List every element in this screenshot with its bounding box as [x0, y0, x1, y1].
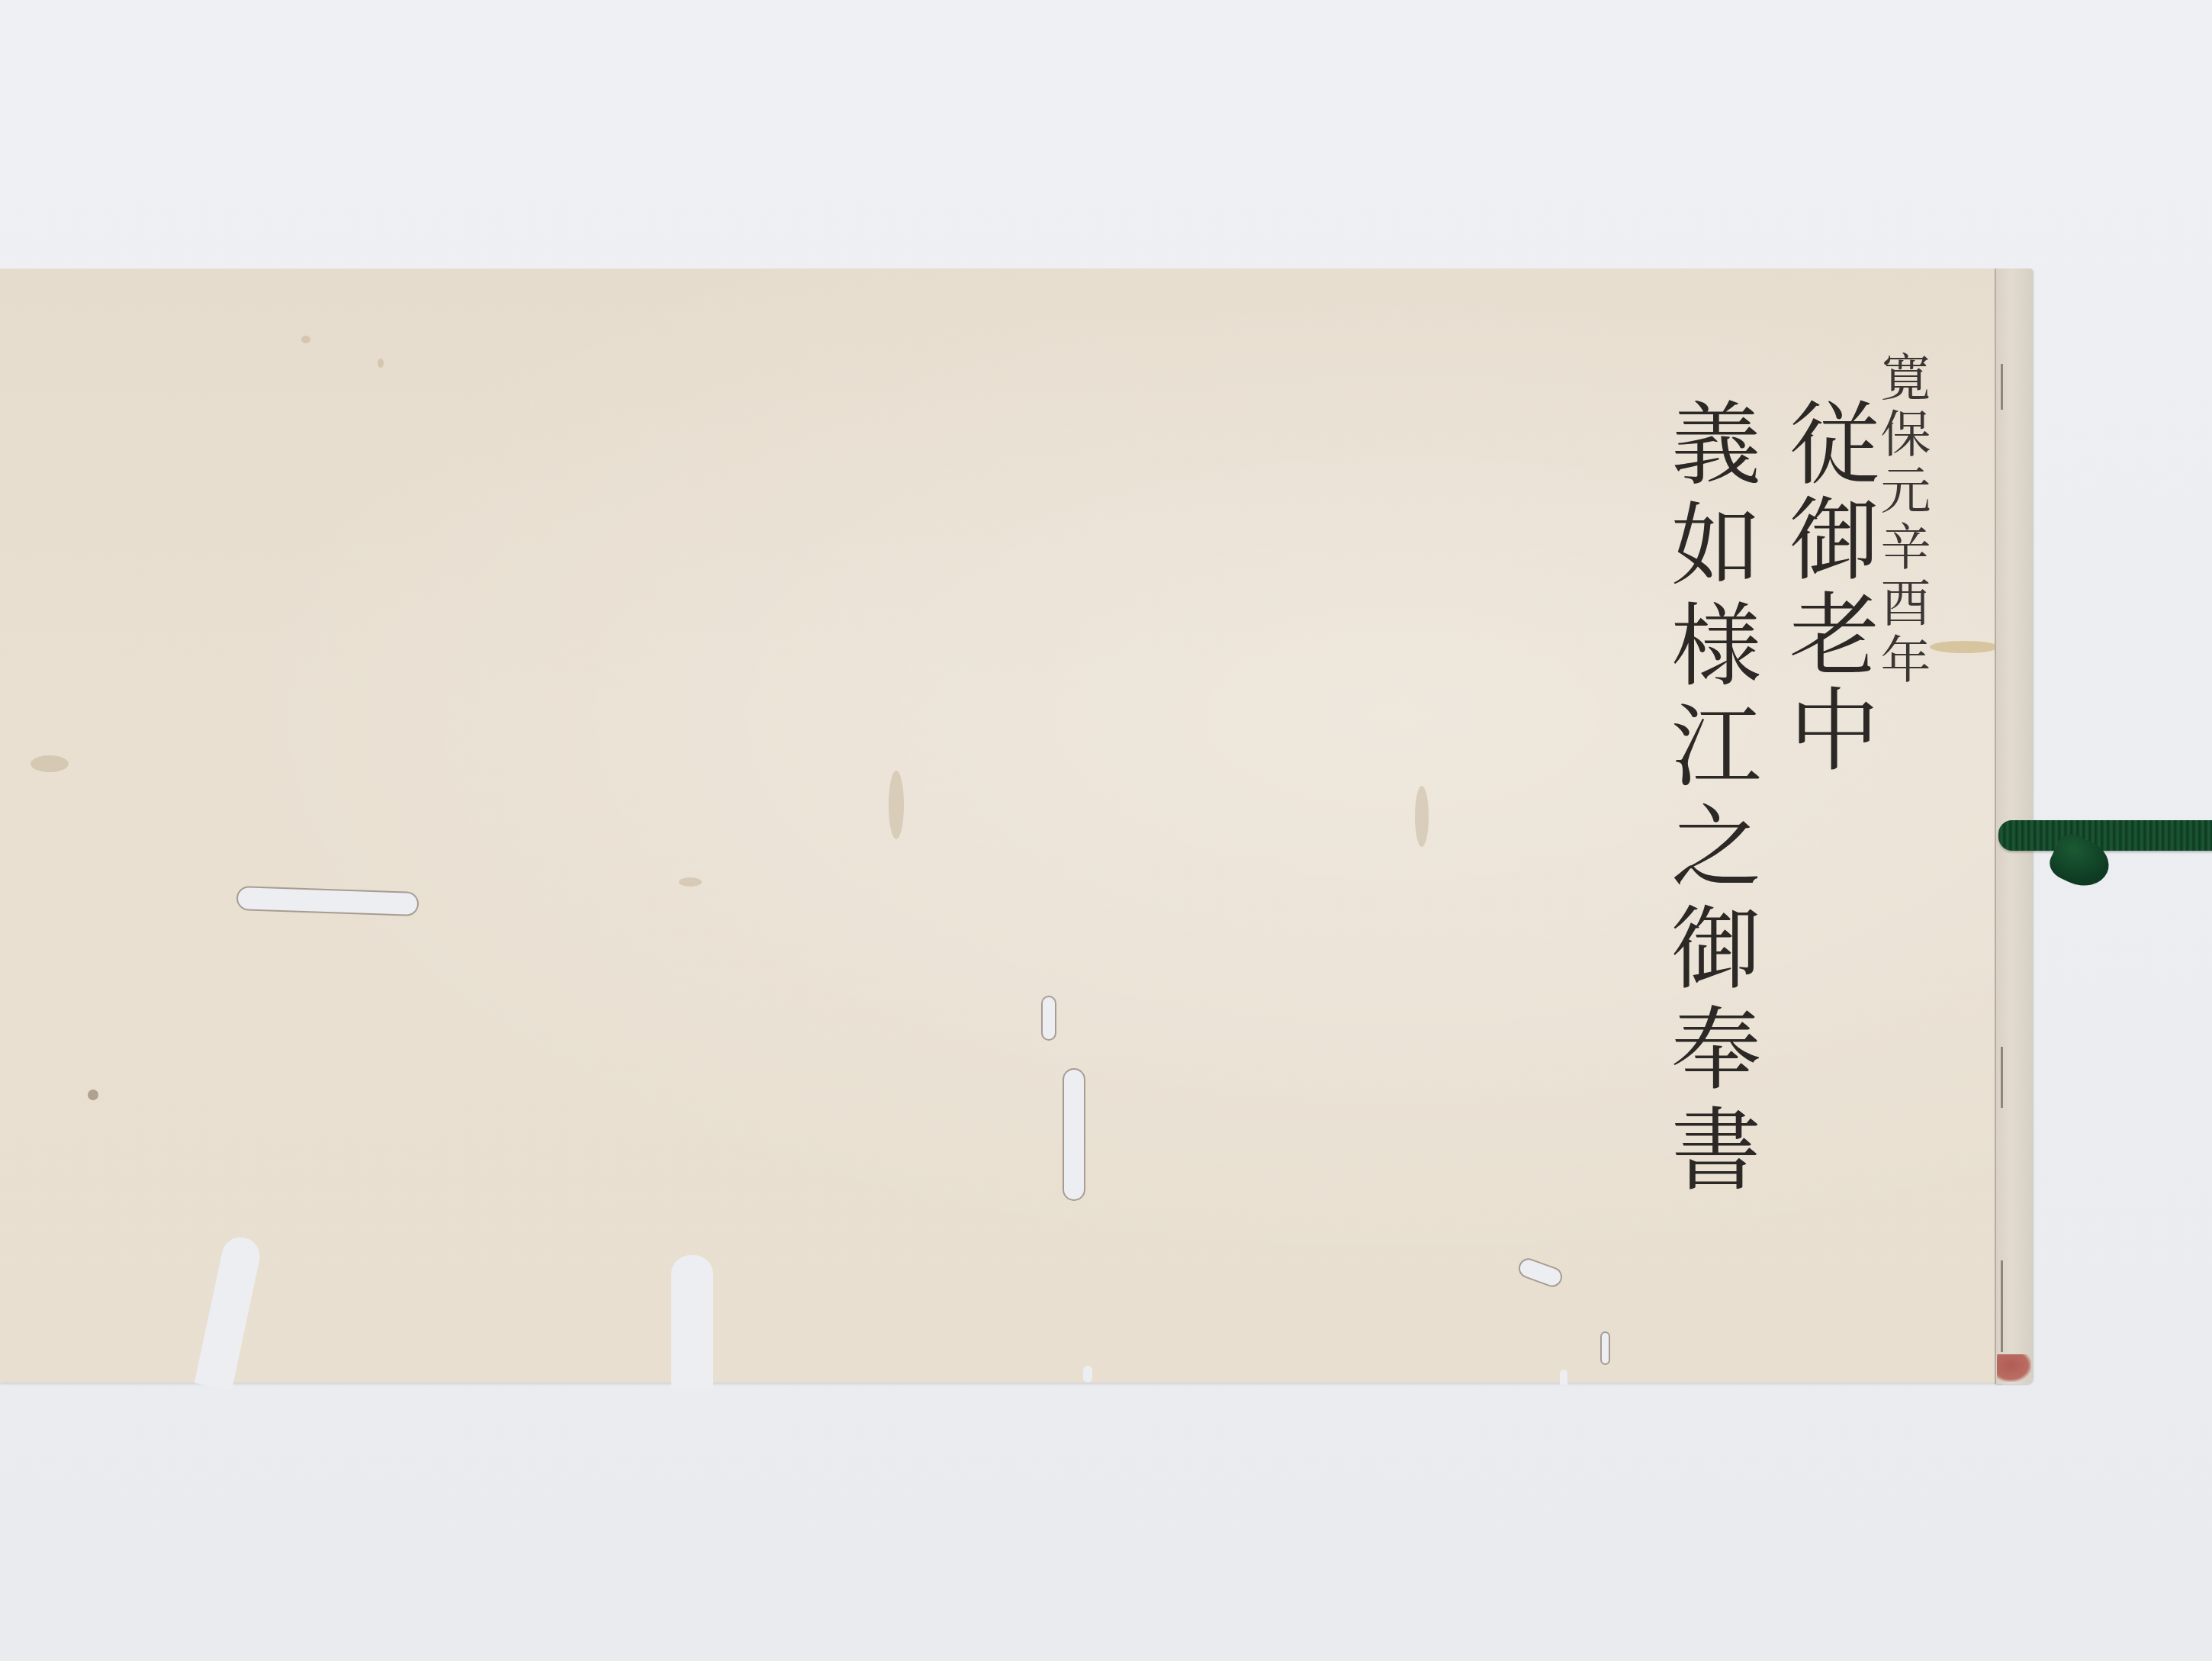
- paper-stain: [1415, 786, 1429, 847]
- wormhole: [1041, 996, 1056, 1041]
- edge-tear: [671, 1255, 713, 1389]
- paper-stain: [31, 755, 69, 772]
- wormhole: [1600, 1331, 1610, 1365]
- wormhole: [1063, 1068, 1085, 1201]
- paper-stain: [1930, 641, 1998, 653]
- spine-ink-mark: [2001, 364, 2003, 410]
- paper-stain: [378, 359, 384, 368]
- paper-stain: [301, 336, 310, 343]
- title-line-1: 従御老中: [1762, 397, 1892, 778]
- paper-stain: [88, 1090, 98, 1100]
- paper-stain: [889, 771, 904, 839]
- edge-tear: [1560, 1370, 1567, 1385]
- title-line-2: 義如様江之御奉書: [1644, 397, 1773, 1203]
- red-seal-mark: [1997, 1354, 2031, 1382]
- edge-tear: [1083, 1366, 1092, 1383]
- spine-ink-mark: [2001, 1260, 2003, 1352]
- spine-ink-mark: [2001, 1047, 2003, 1108]
- paper-stain: [679, 877, 702, 887]
- green-cord: [1998, 820, 2212, 851]
